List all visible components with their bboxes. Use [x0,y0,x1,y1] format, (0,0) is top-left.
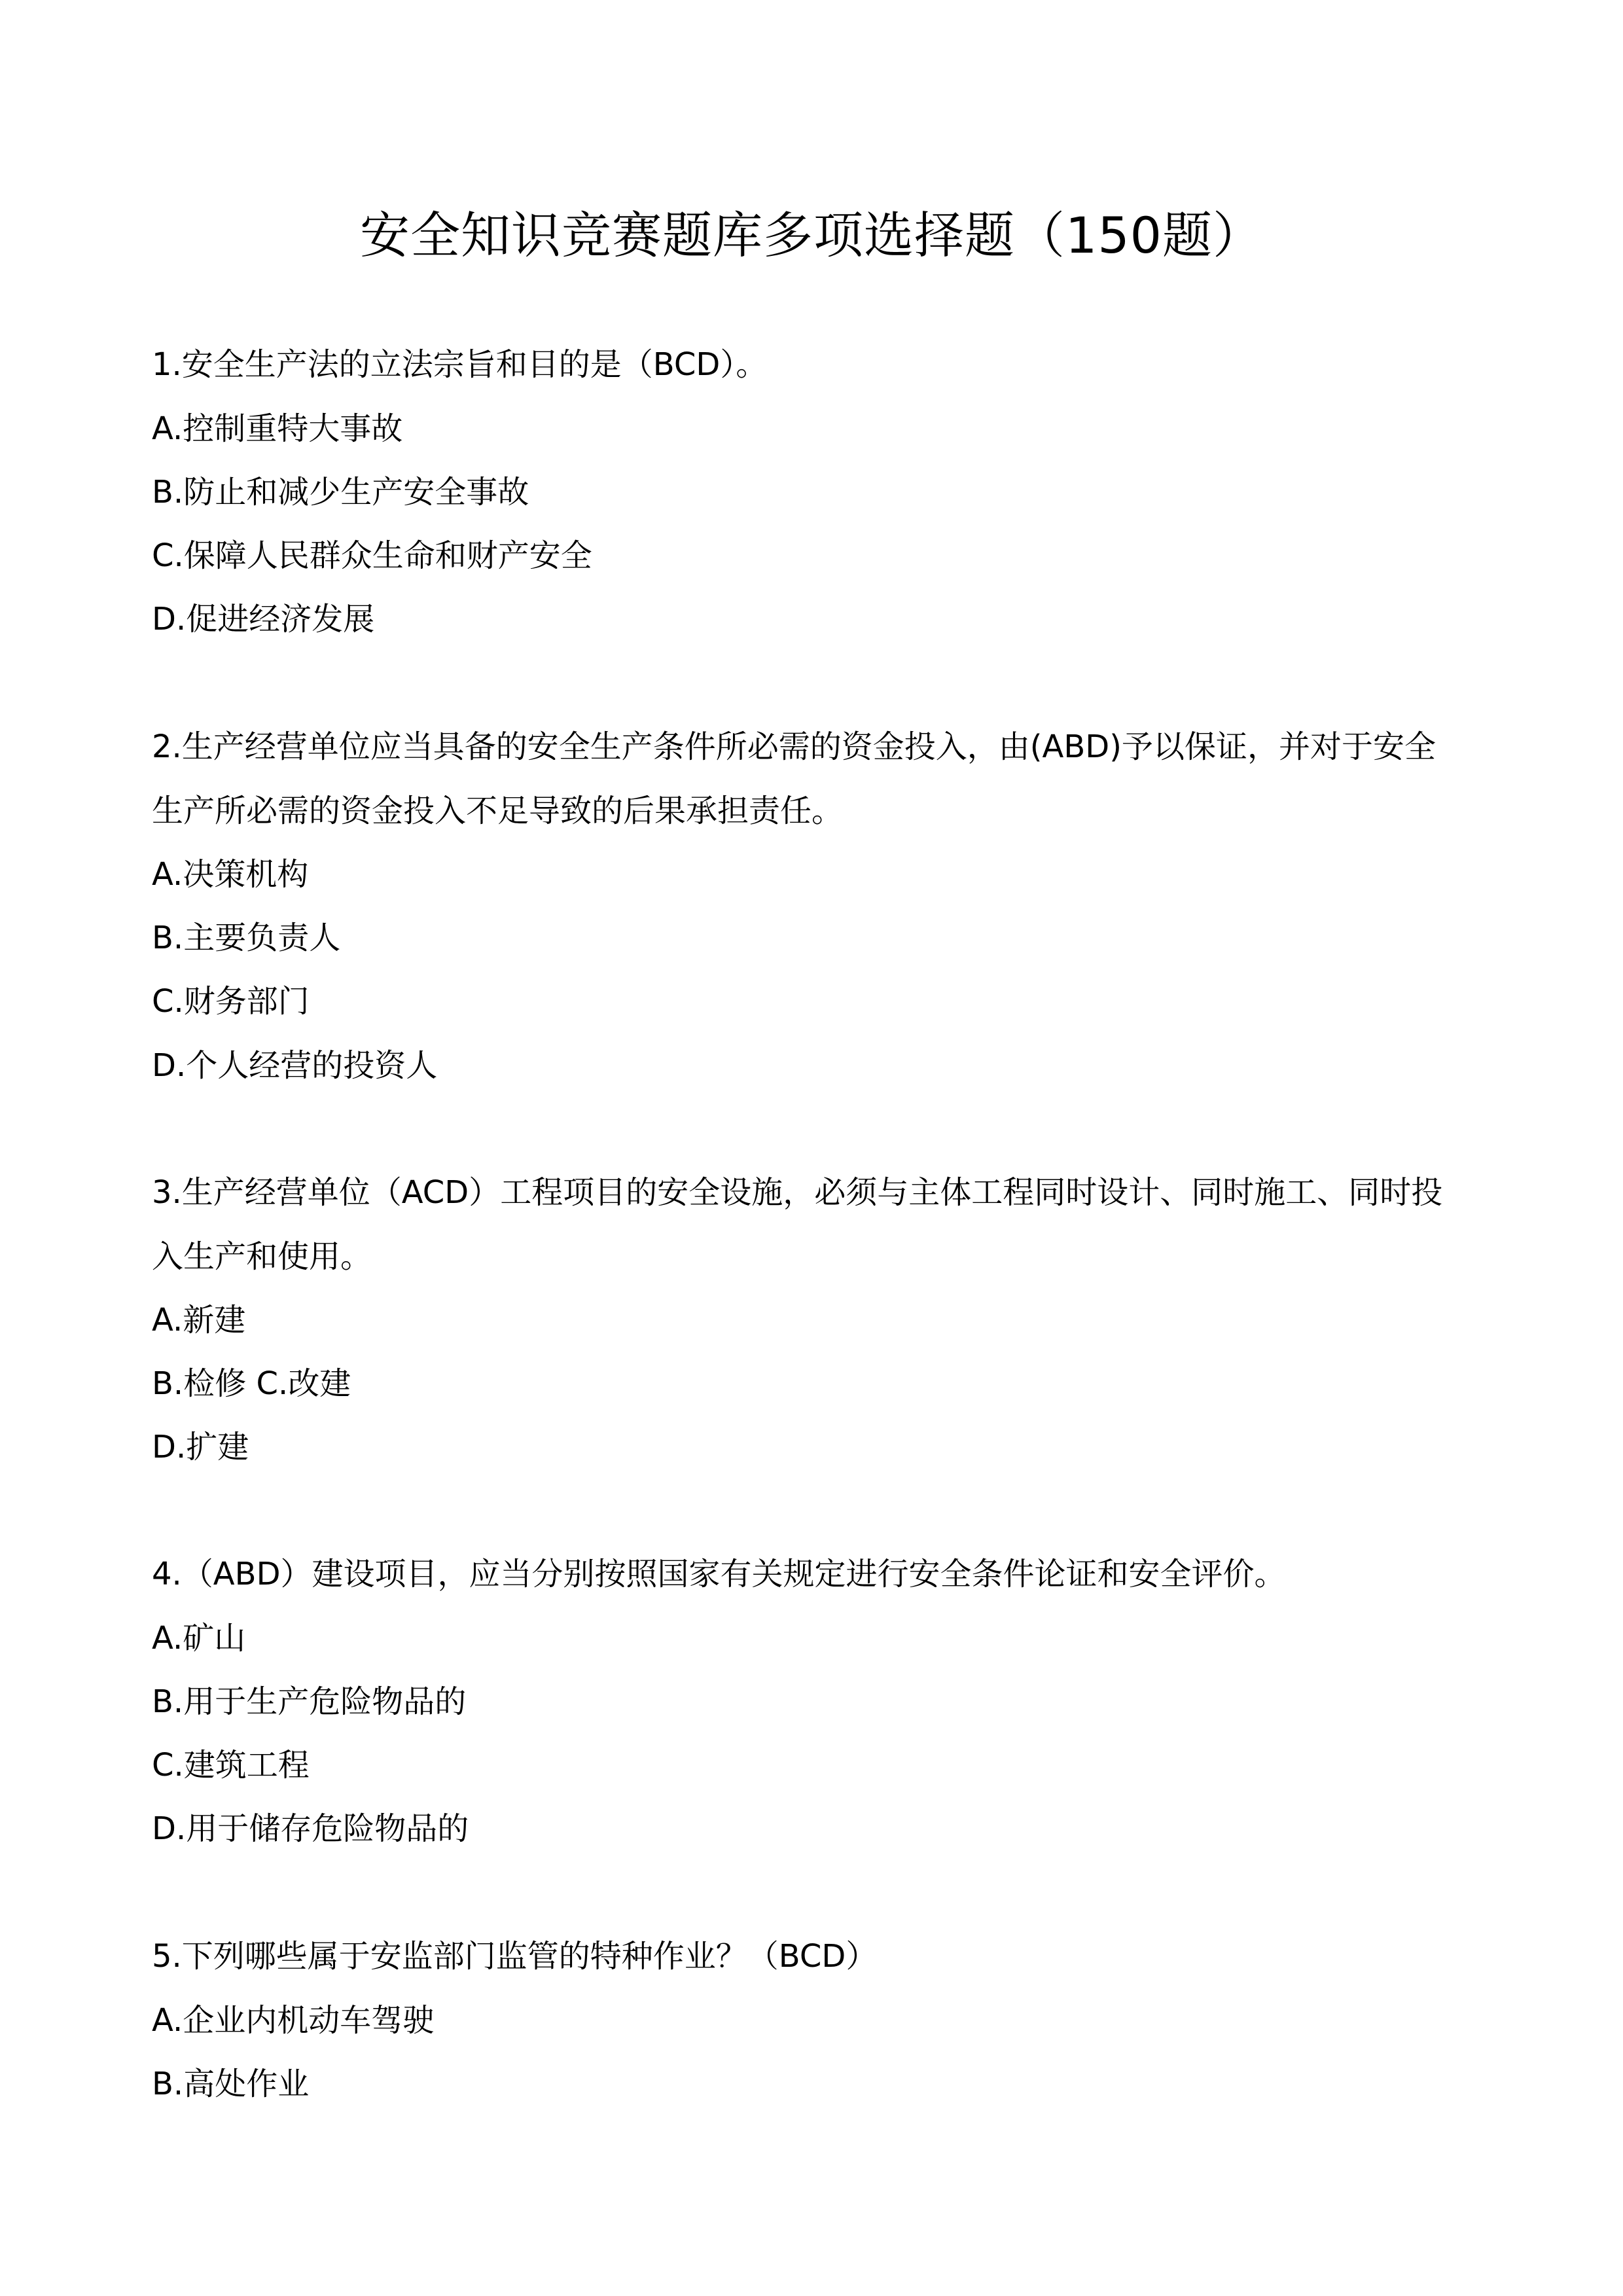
question-1-option-c: C.保障人民群众生命和财产安全 [152,533,592,579]
question-3-option-a: A.新建 [152,1297,245,1343]
question-1-stem: 1.安全生产法的立法宗旨和目的是（BCD）。 [152,342,767,387]
question-3-option-b: B.检修 C.改建 [152,1361,351,1407]
question-5-stem: 5.下列哪些属于安监部门监管的特种作业？（BCD） [152,1933,877,1979]
question-1-option-a: A.控制重特大事故 [152,406,402,452]
question-4-stem: 4.（ABD）建设项目，应当分别按照国家有关规定进行安全条件论证和安全评价。 [152,1551,1286,1597]
question-3-stem-line-2: 入生产和使用。 [152,1234,372,1280]
question-4-option-b: B.用于生产危险物品的 [152,1679,466,1725]
question-5-option-b: B.高处作业 [152,2061,309,2107]
question-4-option-c: C.建筑工程 [152,1742,310,1788]
question-2-option-d: D.个人经营的投资人 [152,1043,437,1088]
question-4-option-a: A.矿山 [152,1615,245,1661]
question-1-option-d: D.促进经济发展 [152,596,374,642]
question-3-option-d: D.扩建 [152,1424,249,1470]
question-2-stem-line-2: 生产所必需的资金投入不足导致的后果承担责任。 [152,788,843,834]
question-3-stem-line-1: 3.生产经营单位（ACD）工程项目的安全设施，必须与主体工程同时设计、同时施工、… [152,1170,1442,1215]
question-2-option-a: A.决策机构 [152,852,308,897]
question-2-stem-line-1: 2.生产经营单位应当具备的安全生产条件所必需的资金投入，由(ABD)予以保证，并… [152,724,1436,770]
question-4-option-d: D.用于储存危险物品的 [152,1806,469,1852]
question-1-option-b: B.防止和减少生产安全事故 [152,469,529,515]
page-title: 安全知识竞赛题库多项选择题（150题） [0,196,1623,275]
question-5-option-a: A.企业内机动车驾驶 [152,1998,434,2043]
question-2-option-b: B.主要负责人 [152,915,340,961]
question-2-option-c: C.财务部门 [152,978,310,1024]
